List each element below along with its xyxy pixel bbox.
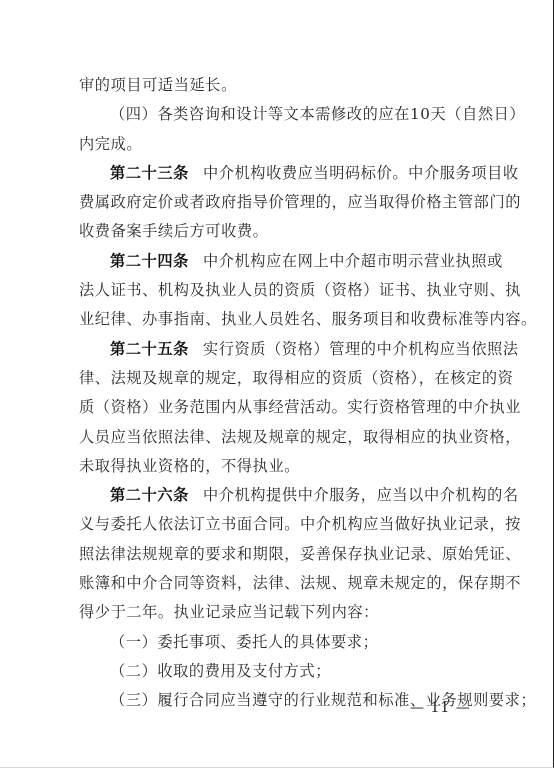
text-line: 质（资格）业务范围内从事经营活动。实行资格管理的中介执业 [79,393,473,422]
text-line: 义与委托人依法订立书面合同。中介机构应当做好执业记录，按 [79,510,473,539]
article-24-line: 第二十四条中介机构应在网上中介超市明示营业执照或 [79,247,473,276]
text-line: 业纪律、办事指南、执业人员姓名、服务项目和收费标准等内容。 [79,305,473,334]
article-heading: 第二十六条 [110,486,189,504]
text-line: 内完成。 [79,130,473,159]
text-line: 律、法规及规章的规定，取得相应的资质（资格），在核定的资 [79,364,473,393]
text-line: 未取得执业资格的，不得执业。 [79,452,473,481]
text-line: 照法律法规规章的要求和期限，妥善保存执业记录、原始凭证、 [79,540,473,569]
page-number: — 11 — [410,700,471,716]
list-item: （二）收取的费用及支付方式； [79,657,473,686]
text-line: 收费备案手续后方可收费。 [79,217,473,246]
article-heading: 第二十三条 [110,164,189,182]
text-line: 费属政府定价或者政府指导价管理的，应当取得价格主管部门的 [79,188,473,217]
article-heading: 第二十五条 [110,340,189,358]
article-25-line: 第二十五条实行资质（资格）管理的中介机构应当依照法 [79,335,473,364]
document-body: 审的项目可适当延长。 （四）各类咨询和设计等文本需修改的应在10天（自然日） 内… [79,71,473,716]
text-line: 账簿和中介合同等资料，法律、法规、规章未规定的，保存期不 [79,569,473,598]
list-item: （一）委托事项、委托人的具体要求； [79,628,473,657]
article-23-line: 第二十三条中介机构收费应当明码标价。中介服务项目收 [79,159,473,188]
document-page: 审的项目可适当延长。 （四）各类咨询和设计等文本需修改的应在10天（自然日） 内… [0,0,554,768]
article-heading: 第二十四条 [110,252,189,270]
text-line: 审的项目可适当延长。 [79,71,473,100]
text-line: 人员应当依照法律、法规及规章的规定，取得相应的执业资格， [79,423,473,452]
text-line: （四）各类咨询和设计等文本需修改的应在10天（自然日） [79,100,473,129]
text-line: 法人证书、机构及执业人员的资质（资格）证书、执业守则、执 [79,276,473,305]
article-26-line: 第二十六条中介机构提供中介服务，应当以中介机构的名 [79,481,473,510]
text-line: 得少于二年。执业记录应当记载下列内容： [79,598,473,627]
